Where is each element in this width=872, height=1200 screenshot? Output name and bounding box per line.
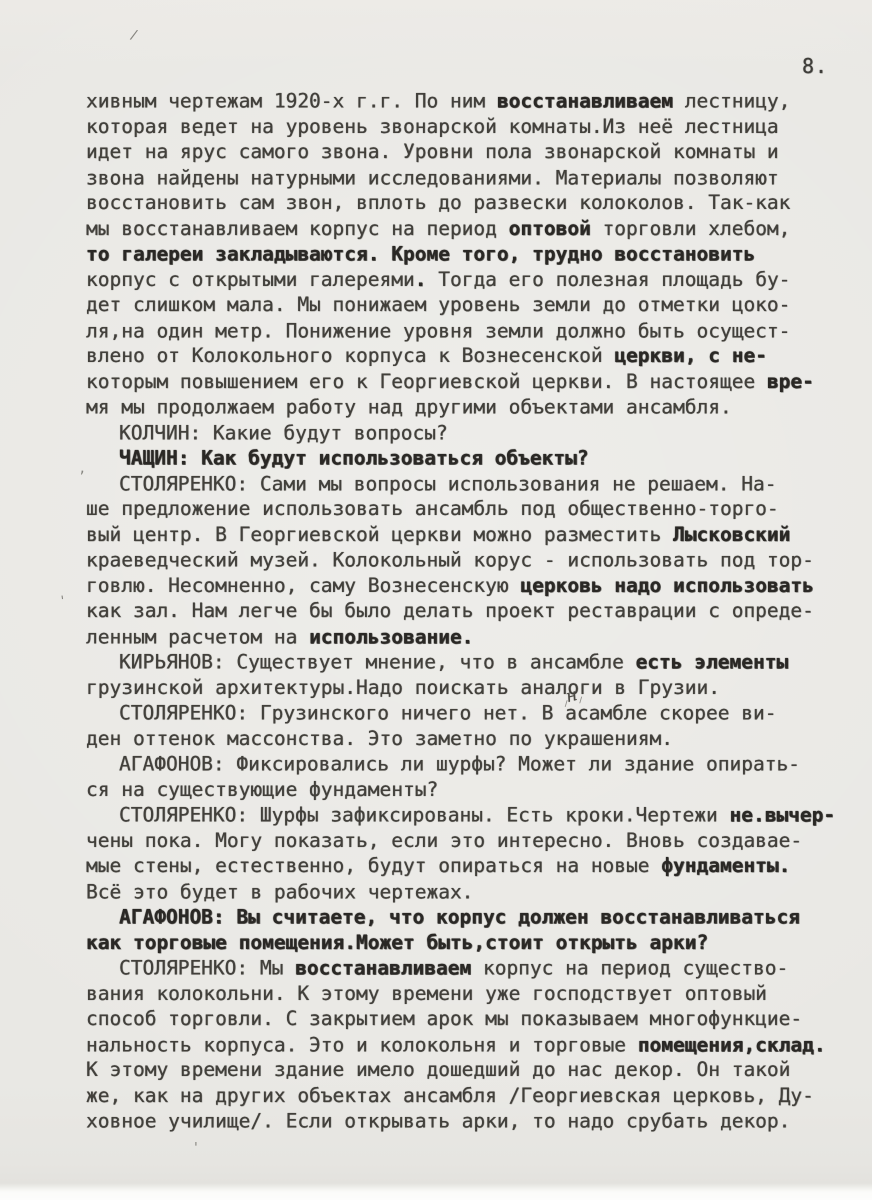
text-line: идет на ярус самого звона. Уровни пола з… [86,139,846,165]
text-segment-bold: . [415,267,427,290]
text-segment: мые стены, естественно, будут опираться … [86,854,661,877]
text-segment: которым повышением его к Георгиевской це… [86,370,767,393]
text-segment-bold: использование. [309,625,473,648]
text-segment: К этому времени здание имело дошедший до… [86,1058,790,1081]
text-segment: СТОЛЯРЕНКО: Сами мы вопросы использовани… [119,472,776,495]
text-segment: мя мы продолжаем работу над другими объе… [86,395,732,418]
text-line: нальность корпуса. Это и колокольня и то… [86,1032,846,1058]
paragraph: СТОЛЯРЕНКО: Сами мы вопросы использовани… [86,471,846,650]
text-line: АГАФОНОВ: Фиксировались ли шурфы? Может … [86,751,846,777]
text-line: ленным расчетом на использование. [86,624,846,650]
text-segment-bold: АГАФОНОВ: Вы считаете, что корпус должен… [119,905,800,928]
text-line: чены пока. Могу показать, если это интер… [86,827,846,853]
paragraph: АГАФОНОВ: Вы считаете, что корпус должен… [86,904,846,955]
text-line: ховное училище/. Если открывать арки, то… [86,1108,846,1134]
text-line: дет слишком мала. Мы понижаем уровень зе… [86,292,846,318]
text-segment: вания колокольни. К этому времени уже го… [86,981,767,1004]
text-line: КОЛЧИН: Какие будут вопросы? [86,420,846,446]
text-segment: вый центр. В Георгиевской церкви можно р… [86,523,673,546]
text-segment-bold: вре- [767,370,814,393]
text-segment: звона найдены натурными исследованиями. … [86,166,779,189]
text-line: мы восстанавливаем корпус на период опто… [86,216,846,242]
text-segment-bold: ЧАЩИН: Как будут использоваться объекты? [119,446,589,469]
text-segment-bold: не.вычер- [729,803,835,826]
text-line: которая ведет на уровень звонарской комн… [86,113,846,139]
paragraph: ЧАЩИН: Как будут использоваться объекты? [86,445,846,471]
text-line: то галереи закладываются. Кроме того, тр… [86,241,846,266]
paragraph: КИРЬЯНОВ: Существует мнение, что в ансам… [86,649,846,700]
text-line: восстановить сам звон, вплоть до развеск… [86,190,846,216]
text-segment: ленным расчетом на [86,625,309,648]
text-segment: ся на существующие фундаменты? [86,777,438,800]
paragraph: СТОЛЯРЕНКО: Грузинского ничего нет. В ас… [86,700,846,751]
text-line: ля,на один метр. Понижение уровня земли … [86,318,846,344]
text-segment: краеведческий музей. Колокольный корус -… [86,548,814,571]
text-line: же, как на других объектах ансамбля /Гео… [86,1083,846,1109]
text-segment: ля,на один метр. Понижение уровня земли … [86,319,790,342]
text-segment: СТОЛЯРЕНКО: Мы [119,956,295,979]
text-line: которым повышением его к Георгиевской це… [86,369,846,395]
text-segment: СТОЛЯРЕНКО: Шурфы зафиксированы. Есть кр… [119,803,729,826]
text-line: К этому времени здание имело дошедший до… [86,1057,846,1083]
text-segment: ше предложение использовать ансамбль под… [86,497,779,520]
text-segment: торговли хлебом, [591,217,791,240]
text-line: СТОЛЯРЕНКО: Грузинского ничего нет. В ас… [86,700,846,726]
paragraph: КОЛЧИН: Какие будут вопросы? [86,420,846,446]
paragraph: АГАФОНОВ: Фиксировались ли шурфы? Может … [86,751,846,802]
text-segment: идет на ярус самого звона. Уровни пола з… [86,140,779,163]
text-segment: как зал. Нам легче бы было делать проект… [86,599,814,622]
text-segment: чены пока. Могу показать, если это интер… [86,828,802,851]
text-segment-bold: есть элементы [636,650,789,673]
text-line: способ торговли. С закрытием арок мы пок… [86,1006,846,1032]
text-segment: КИРЬЯНОВ: Существует мнение, что в ансам… [119,650,636,673]
text-segment-bold: как торговые помещения.Может быть,стоит … [86,930,708,953]
text-segment: мы восстанавливаем корпус на период [86,217,509,240]
text-line: корпус с открытыми галереями. Тогда его … [86,266,846,292]
text-segment-bold: помещения,склад. [638,1033,826,1056]
page-text: хивным чертежам 1920-х г.г. По ним восст… [86,88,846,1134]
text-line: хивным чертежам 1920-х г.г. По ним восст… [86,88,846,114]
scan-speck: / [129,27,140,43]
scan-speck: ʼ [78,470,86,485]
scan-speck: ' [58,594,68,610]
text-line: ся на существующие фундаменты? [86,776,846,802]
text-segment: Всё это будет в рабочих чертежах. [86,880,473,903]
text-segment: лестницу, [673,89,790,112]
text-line: АГАФОНОВ: Вы считаете, что корпус должен… [86,904,846,930]
text-segment-bold: Лысковский [673,523,790,546]
text-segment: влено от Колокольного корпуса к Вознесен… [86,344,614,367]
text-line: ден оттенок массонства. Это заметно по у… [86,725,846,751]
text-line: как торговые помещения.Может быть,стоит … [86,929,846,955]
text-segment: Тогда его полезная площадь бу- [426,267,790,290]
text-line: СТОЛЯРЕНКО: Шурфы зафиксированы. Есть кр… [86,802,846,828]
text-segment-bold: восстанавливаем [497,89,673,112]
text-line: КИРЬЯНОВ: Существует мнение, что в ансам… [86,649,846,675]
text-line: влено от Колокольного корпуса к Вознесен… [86,343,846,369]
text-line: звона найдены натурными исследованиями. … [86,165,846,191]
text-line: Всё это будет в рабочих чертежах. [86,879,846,905]
text-segment: нальность корпуса. Это и колокольня и то… [86,1033,638,1056]
text-segment-bold: церковь надо использовать [520,573,814,596]
text-line: краеведческий музей. Колокольный корус -… [86,547,846,573]
text-line: мые стены, естественно, будут опираться … [86,853,846,879]
paragraph: СТОЛЯРЕНКО: Мы восстанавливаем корпус на… [86,955,846,1134]
document-page: 8. хивным чертежам 1920-х г.г. По ним во… [0,0,872,1200]
text-segment-bold: то галереи закладываются. Кроме того, тр… [86,242,755,265]
text-line: говлю. Несомненно, саму Вознесенскую цер… [86,572,846,598]
text-segment: способ торговли. С закрытием арок мы пок… [86,1007,802,1030]
text-line: мя мы продолжаем работу над другими объе… [86,394,846,420]
scan-speck: ' [192,1141,200,1156]
text-segment: АГАФОНОВ: Фиксировались ли шурфы? Может … [119,752,800,775]
text-segment-bold: фундаменты. [661,854,790,877]
text-segment: ден оттенок массонства. Это заметно по у… [86,726,673,749]
text-segment: грузинской архитектуры.Надо поискать ана… [86,675,720,698]
text-line: грузинской архитектуры.Надо поискать ана… [86,674,846,700]
text-segment: КОЛЧИН: Какие будут вопросы? [119,421,448,444]
text-segment: которая ведет на уровень звонарской комн… [86,114,779,137]
text-segment: СТОЛЯРЕНКО: Грузинского ничего нет. В ас… [119,701,776,724]
text-line: вый центр. В Георгиевской церкви можно р… [86,522,846,548]
text-segment: корпус с открытыми галереями [86,267,415,290]
text-line: ЧАЩИН: Как будут использоваться объекты? [86,445,846,471]
text-segment: ховное училище/. Если открывать арки, то… [86,1109,790,1132]
paragraph: хивным чертежам 1920-х г.г. По ним восст… [86,88,846,420]
text-segment-bold: церкви, с не- [614,344,767,367]
text-segment: восстановить сам звон, вплоть до развеск… [86,191,790,214]
text-segment-bold: оптовой [509,217,591,240]
page-number: 8. [802,54,828,78]
paragraph: СТОЛЯРЕНКО: Шурфы зафиксированы. Есть кр… [86,802,846,904]
text-line: СТОЛЯРЕНКО: Мы восстанавливаем корпус на… [86,955,846,981]
text-line: СТОЛЯРЕНКО: Сами мы вопросы использовани… [86,471,846,497]
text-line: как зал. Нам легче бы было делать проект… [86,598,846,624]
text-segment: говлю. Несомненно, саму Вознесенскую [86,573,520,596]
text-segment: хивным чертежам 1920-х г.г. По ним [86,89,497,112]
text-segment-bold: восстанавливаем [295,956,471,979]
text-line: вания колокольни. К этому времени уже го… [86,980,846,1006]
text-segment: дет слишком мала. Мы понижаем уровень зе… [86,293,790,316]
text-segment: корпус на период существо- [471,956,788,979]
text-segment: же, как на других объектах ансамбля /Гео… [86,1084,814,1107]
text-line: ше предложение использовать ансамбль под… [86,496,846,522]
